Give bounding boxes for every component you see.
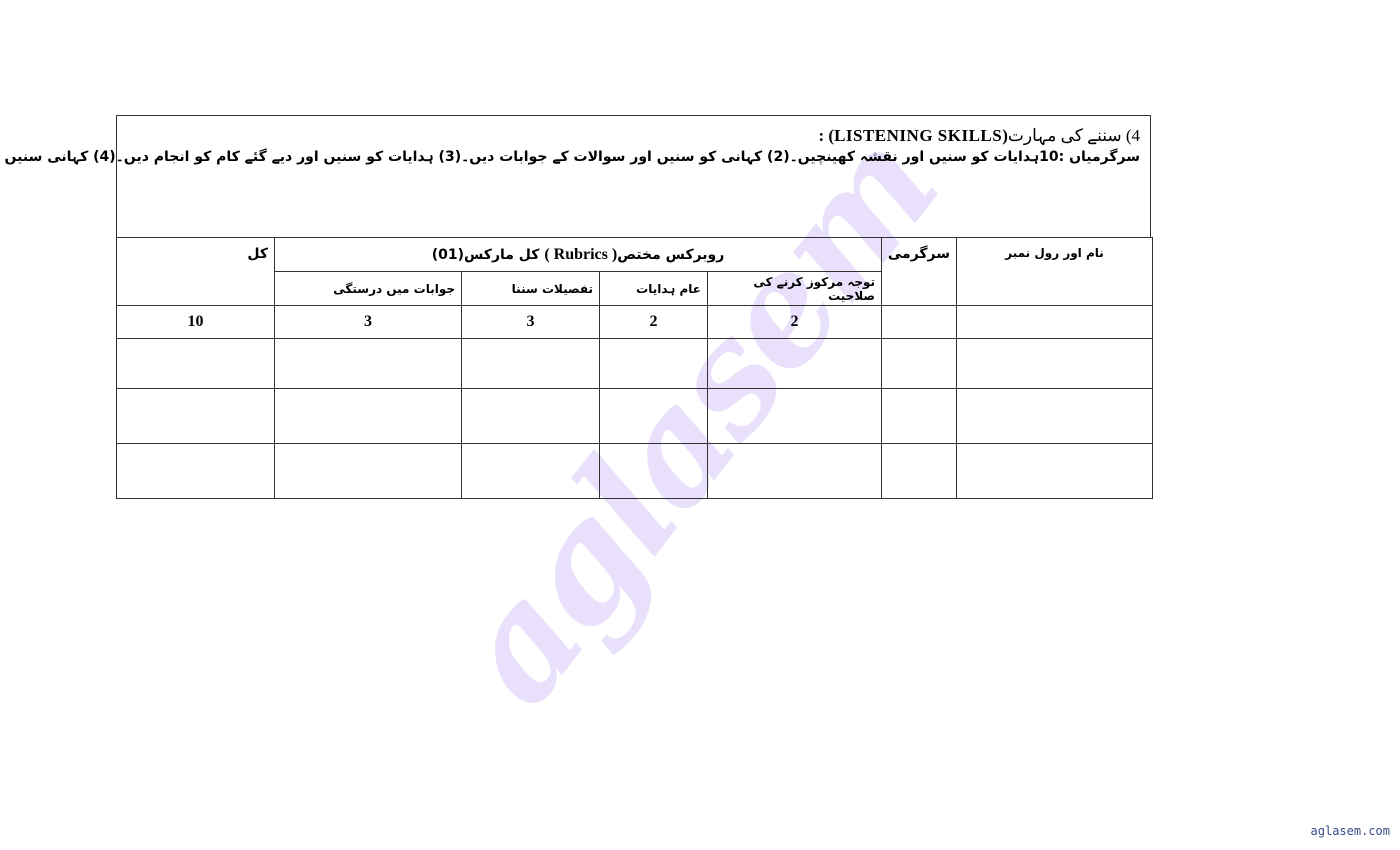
rubric-group-english: ( Rubrics )	[544, 246, 617, 263]
cell-listening-details	[462, 339, 600, 389]
page-content: 4) سننے کی مہارت(LISTENING SKILLS) : سرگ…	[0, 0, 1400, 850]
marks-focus-ability: 2	[708, 306, 882, 339]
section-header-box: 4) سننے کی مہارت(LISTENING SKILLS) : سرگ…	[116, 115, 1151, 238]
marks-activity-cell	[882, 306, 957, 339]
marks-name-cell	[957, 306, 1153, 339]
rubric-header-listening-details: تفصیلات سننا	[462, 272, 600, 306]
cell-general-instructions	[600, 339, 708, 389]
document-page: aglasem 4) سننے کی مہارت(LISTENING SKILL…	[0, 0, 1400, 850]
cell-listening-details	[462, 389, 600, 444]
cell-name-roll	[957, 444, 1153, 499]
rubric-header-focus-ability: توجہ مرکوز کرنے کی صلاحیت	[708, 272, 882, 306]
cell-name-roll	[957, 339, 1153, 389]
cell-accuracy	[275, 444, 462, 499]
marks-row: 10 3 3 2 2	[117, 306, 1153, 339]
cell-focus-ability	[708, 389, 882, 444]
cell-total	[117, 389, 275, 444]
rubric-header-accuracy: جوابات میں درستگی	[275, 272, 462, 306]
table-row	[117, 444, 1153, 499]
cell-focus-ability	[708, 339, 882, 389]
footer-site-link[interactable]: aglasem.com	[1311, 824, 1390, 838]
cell-total	[117, 444, 275, 499]
section-title-suffix: :	[818, 126, 824, 145]
cell-focus-ability	[708, 444, 882, 499]
cell-general-instructions	[600, 389, 708, 444]
cell-activity	[882, 339, 957, 389]
marks-general-instructions: 2	[600, 306, 708, 339]
table-row	[117, 389, 1153, 444]
header-total: کل	[117, 238, 275, 306]
marks-listening-details: 3	[462, 306, 600, 339]
rubric-table: کل روبرکس مختص( Rubrics ) کل مارکس(01) س…	[116, 237, 1153, 499]
activities-text: سرگرمیاں :10ہدایات کو سنیں اور نقشہ کھین…	[0, 149, 1140, 165]
cell-listening-details	[462, 444, 600, 499]
cell-accuracy	[275, 339, 462, 389]
total-marks: 10	[117, 306, 275, 339]
marks-accuracy: 3	[275, 306, 462, 339]
rubric-header-general-instructions: عام ہدایات	[600, 272, 708, 306]
cell-activity	[882, 444, 957, 499]
header-activity: سرگرمی	[882, 238, 957, 306]
cell-accuracy	[275, 389, 462, 444]
section-title-english: (LISTENING SKILLS)	[828, 126, 1008, 145]
cell-name-roll	[957, 389, 1153, 444]
cell-general-instructions	[600, 444, 708, 499]
header-rubric-group: روبرکس مختص( Rubrics ) کل مارکس(01)	[275, 238, 882, 272]
header-row-1: کل روبرکس مختص( Rubrics ) کل مارکس(01) س…	[117, 238, 1153, 272]
rubric-group-urdu: روبرکس مختص	[617, 247, 724, 263]
cell-total	[117, 339, 275, 389]
rubric-group-marks: کل مارکس(01)	[432, 247, 540, 263]
section-title-urdu: سننے کی مہارت	[1008, 126, 1122, 145]
cell-activity	[882, 389, 957, 444]
section-heading: 4) سننے کی مہارت(LISTENING SKILLS) :	[818, 125, 1140, 146]
header-name-roll: نام اور رول نمبر	[957, 238, 1153, 306]
section-number: 4)	[1126, 126, 1140, 145]
table-row	[117, 339, 1153, 389]
